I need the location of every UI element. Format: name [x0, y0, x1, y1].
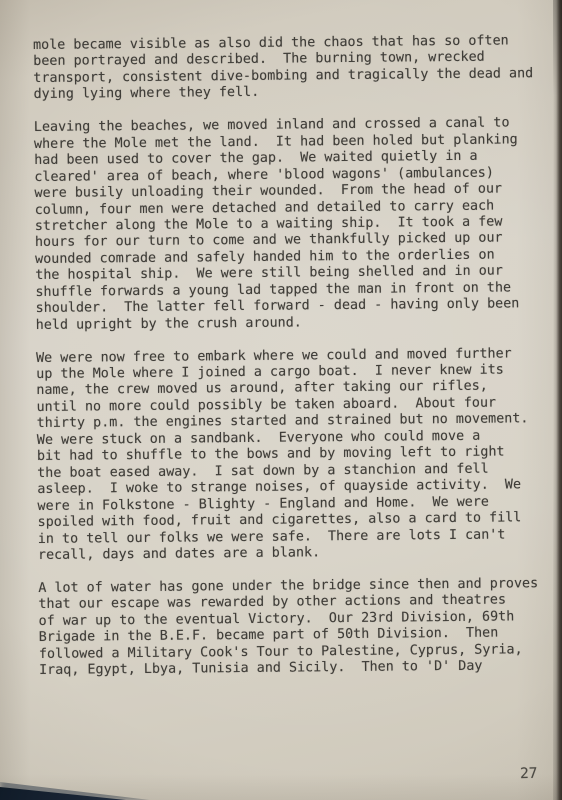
typewritten-text: mole became visible as also did the chao…	[33, 33, 551, 680]
paragraph: Leaving the beaches, we moved inland and…	[34, 115, 548, 334]
page-number: 27	[519, 766, 537, 782]
paragraph: We were now free to embark where we coul…	[36, 346, 550, 565]
photo-of-typewritten-page: mole became visible as also did the chao…	[0, 0, 562, 800]
page-right-edge-shadow	[553, 0, 562, 800]
paragraph: mole became visible as also did the chao…	[33, 33, 546, 104]
paragraph: A lot of water has gone under the bridge…	[38, 576, 551, 680]
